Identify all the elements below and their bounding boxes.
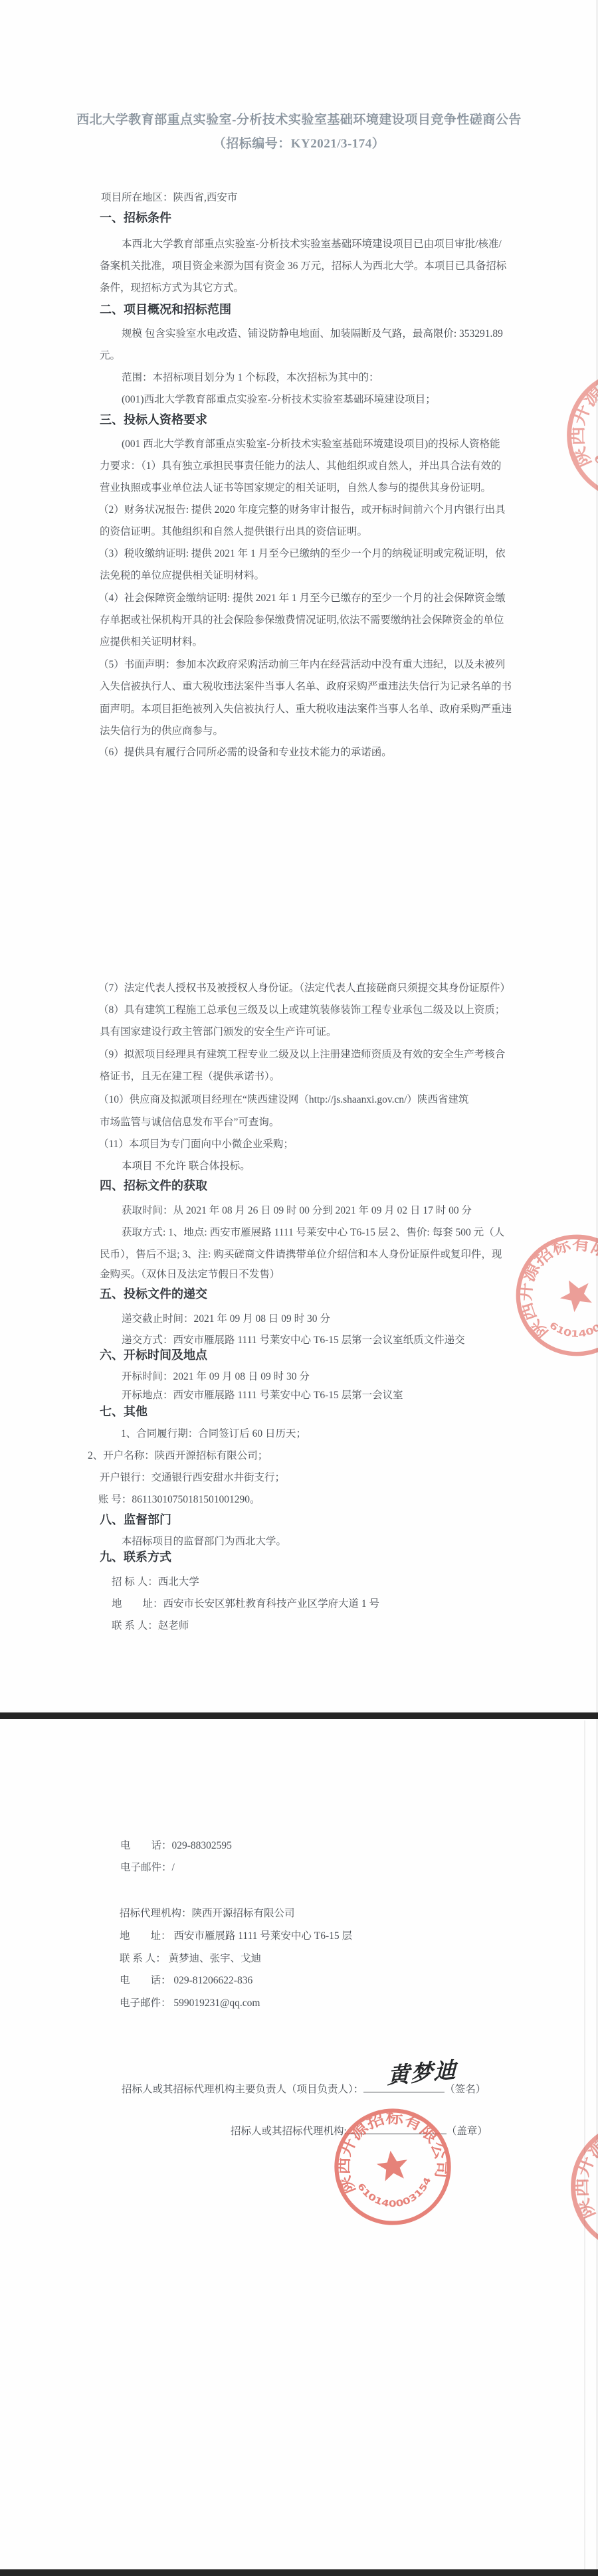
- text-line: 开户银行：交通银行西安甜水井街支行；: [100, 1471, 285, 1485]
- text-line: （2）财务状况报告: 提供 2020 年度完整的财务审计报告，或开标时间前六个月…: [98, 503, 506, 517]
- text-line: 五、投标文件的递交: [100, 1287, 207, 1301]
- text-line: （11）本项目为专门面向中小微企业采购；: [98, 1137, 294, 1152]
- text-line: 递交截止时间：2021 年 09 月 08 日 09 时 30 分: [122, 1312, 330, 1327]
- text-line: 八、监督部门: [100, 1513, 171, 1527]
- text-line: 民币），售后不退; 3、注: 购买磋商文件请携带单位介绍信和本人身份证原件或复印…: [100, 1247, 502, 1262]
- text-line: 力要求：（1）具有独立承担民事责任能力的法人、其他组织或自然人，并出具合法有效的: [100, 459, 502, 474]
- text-line: 四、招标文件的获取: [100, 1178, 207, 1193]
- company-seal-partial-bottom: [555, 2105, 598, 2268]
- text-line: 范围：本招标项目划分为 1 个标段，本次招标为其中的：: [122, 371, 379, 385]
- text-line: 地 址： 西安市雁展路 1111 号莱安中心 T6-15 层: [120, 1929, 352, 1944]
- text-line: 招 标 人：西北大学: [112, 1575, 199, 1590]
- text-line: 面声明。本项目拒绝被列入失信被执行人、重大税收违法案件当事人名单、政府采购严重违: [100, 702, 512, 717]
- text-line: 西北大学教育部重点实验室-分析技术实验室基础环境建设项目竞争性磋商公告: [0, 113, 598, 128]
- text-line: 开标时间：2021 年 09 月 08 日 09 时 30 分: [122, 1370, 310, 1384]
- text-line: 规模 包含实验室水电改造、铺设防静电地面、加装隔断及气路，最高限价: 35329…: [122, 327, 503, 341]
- page-edge-shadow: [584, 1720, 585, 2569]
- company-seal: [322, 2096, 463, 2237]
- text-line: 电 话： 029-81206622-836: [120, 1974, 252, 1988]
- text-line: 地 址：西安市长安区郭杜教育科技产业区学府大道 1 号: [112, 1597, 379, 1611]
- text-line: 联 系 人：赵老师: [112, 1619, 189, 1633]
- text-line: 招标代理机构：陕西开源招标有限公司: [120, 1906, 295, 1921]
- text-line: （9）拟派项目经理具有建筑工程专业二级及以上注册建造师资质及有效的安全生产考核合: [98, 1048, 505, 1062]
- text-line: （8）具有建筑工程施工总承包三级及以上或建筑装修装饰工程专业承包二级及以上资质；: [98, 1003, 505, 1018]
- text-line: 营业执照或事业单位法人证书等国家规定的相关证明，自然人参与的提供其身份证明。: [100, 481, 491, 496]
- text-line: 获取方式: 1、地点: 西安市雁展路 1111 号莱安中心 T6-15 层 2、…: [122, 1226, 504, 1240]
- text-line: 一、招标条件: [100, 211, 171, 225]
- text-line: 开标地点：西安市雁展路 1111 号莱安中心 T6-15 层第一会议室: [122, 1388, 403, 1403]
- text-line: 电子邮件：/: [120, 1861, 175, 1875]
- text-line: 电 话：029-88302595: [120, 1839, 232, 1853]
- text-line: 联 系 人： 黄梦迪、张宇、戈迪: [120, 1952, 261, 1966]
- text-line: 条件，现招标方式为其它方式。: [100, 281, 244, 296]
- text-line: 法免税的单位应提供相关证明材料。: [100, 569, 264, 583]
- text-line: 1、合同履行期：合同签订后 60 日历天；: [121, 1427, 306, 1441]
- text-line: （4）社会保障资金缴纳证明: 提供 2021 年 1 月至今已缴存的至少一个月的…: [98, 591, 506, 606]
- text-line: 电子邮件： 599019231@qq.com: [120, 1996, 260, 2011]
- text-line: 入失信被执行人、重大税收违法案件当事人名单、政府采购严重违法失信行为记录名单的书: [100, 680, 512, 694]
- text-line: 二、项目概况和招标范围: [100, 302, 231, 317]
- text-line: 元。: [100, 349, 120, 363]
- text-line: 三、投标人资格要求: [100, 413, 207, 427]
- text-line: 应提供相关证明材料。: [100, 635, 203, 650]
- text-line: （10）供应商及拟派项目经理在“陕西建设网（http://js.shaanxi.…: [98, 1093, 468, 1107]
- text-line: 法失信行为的供应商参与。: [100, 724, 223, 739]
- page-separator-band: [0, 1712, 598, 1719]
- text-line: 递交方式：西安市雁展路 1111 号莱安中心 T6-15 层第一会议室纸质文件递…: [122, 1333, 465, 1348]
- text-line: 获取时间：从 2021 年 08 月 26 日 09 时 00 分到 2021 …: [122, 1204, 472, 1218]
- text-line: （3）税收缴纳证明: 提供 2021 年 1 月至今已缴纳的至少一个月的纳税证明…: [98, 547, 506, 561]
- text-line: （6）提供具有履行合同所必需的设备和专业技术能力的承诺函。: [98, 745, 392, 760]
- text-line: 六、开标时间及地点: [100, 1348, 207, 1362]
- text-line: 金购买。（双休日及法定节假日不发售）: [100, 1267, 280, 1282]
- text-line: 市场监管与诚信信息发布平台”可查询。: [100, 1115, 279, 1130]
- text-line: 本项目 不允许 联合体投标。: [122, 1159, 250, 1174]
- leader-signature-label: 招标人或其招标代理机构主要负责人（项目负责人）：: [122, 2084, 363, 2095]
- text-line: 格证书，且无在建工程（提供承诺书）。: [100, 1069, 280, 1084]
- text-line: 的资信证明。其他组织和自然人提供银行出具的资信证明。: [100, 525, 367, 539]
- text-line: (001)西北大学教育部重点实验室-分析技术实验室基础环境建设项目；: [122, 393, 436, 407]
- agency-stamp-suffix: （盖章）: [447, 2126, 488, 2137]
- text-line: （5）书面声明：参加本次政府采购活动前三年内在经营活动中没有重大违纪，以及未被列: [98, 658, 505, 672]
- text-line: 本招标项目的监督部门为西北大学。: [122, 1534, 286, 1549]
- leader-signature-suffix: （签名）: [445, 2084, 486, 2095]
- company-seal-partial-middle: [488, 1207, 598, 1383]
- text-line: 项目所在地区：陕西省,西安市: [101, 191, 237, 205]
- text-line: （7）法定代表人授权书及被授权人身份证。（法定代表人直接磋商只须提交其身份证原件…: [98, 981, 510, 996]
- company-seal-partial-top: [551, 353, 598, 517]
- text-line: 七、其他: [100, 1404, 148, 1419]
- text-line: (001 西北大学教育部重点实验室-分析技术实验室基础环境建设项目)的投标人资格…: [122, 437, 500, 452]
- text-line: 2、开户名称：陕西开源招标有限公司；: [88, 1449, 268, 1463]
- scanned-document-page: 西北大学教育部重点实验室-分析技术实验室基础环境建设项目竞争性磋商公告（招标编号…: [0, 0, 598, 2576]
- text-line: 九、联系方式: [100, 1550, 171, 1564]
- text-line: 本西北大学教育部重点实验室-分析技术实验室基础环境建设项目已由项目审批/核准/: [122, 237, 502, 252]
- text-line: 存单据或社保机构开具的社会保险参保缴费情况证明,依法不需要缴纳社会保障资金的单位: [100, 613, 504, 628]
- text-line: 账 号：86113010750181501001290。: [98, 1493, 260, 1507]
- text-line: （招标编号：KY2021/3-174）: [0, 137, 598, 151]
- bottom-edge-band: [0, 2569, 598, 2576]
- text-line: 具有国家建设行政主管部门颁发的安全生产许可证。: [100, 1025, 337, 1040]
- text-line: 备案机关批准，项目资金来源为国有资金 36 万元，招标人为西北大学。本项目已具备…: [100, 259, 506, 274]
